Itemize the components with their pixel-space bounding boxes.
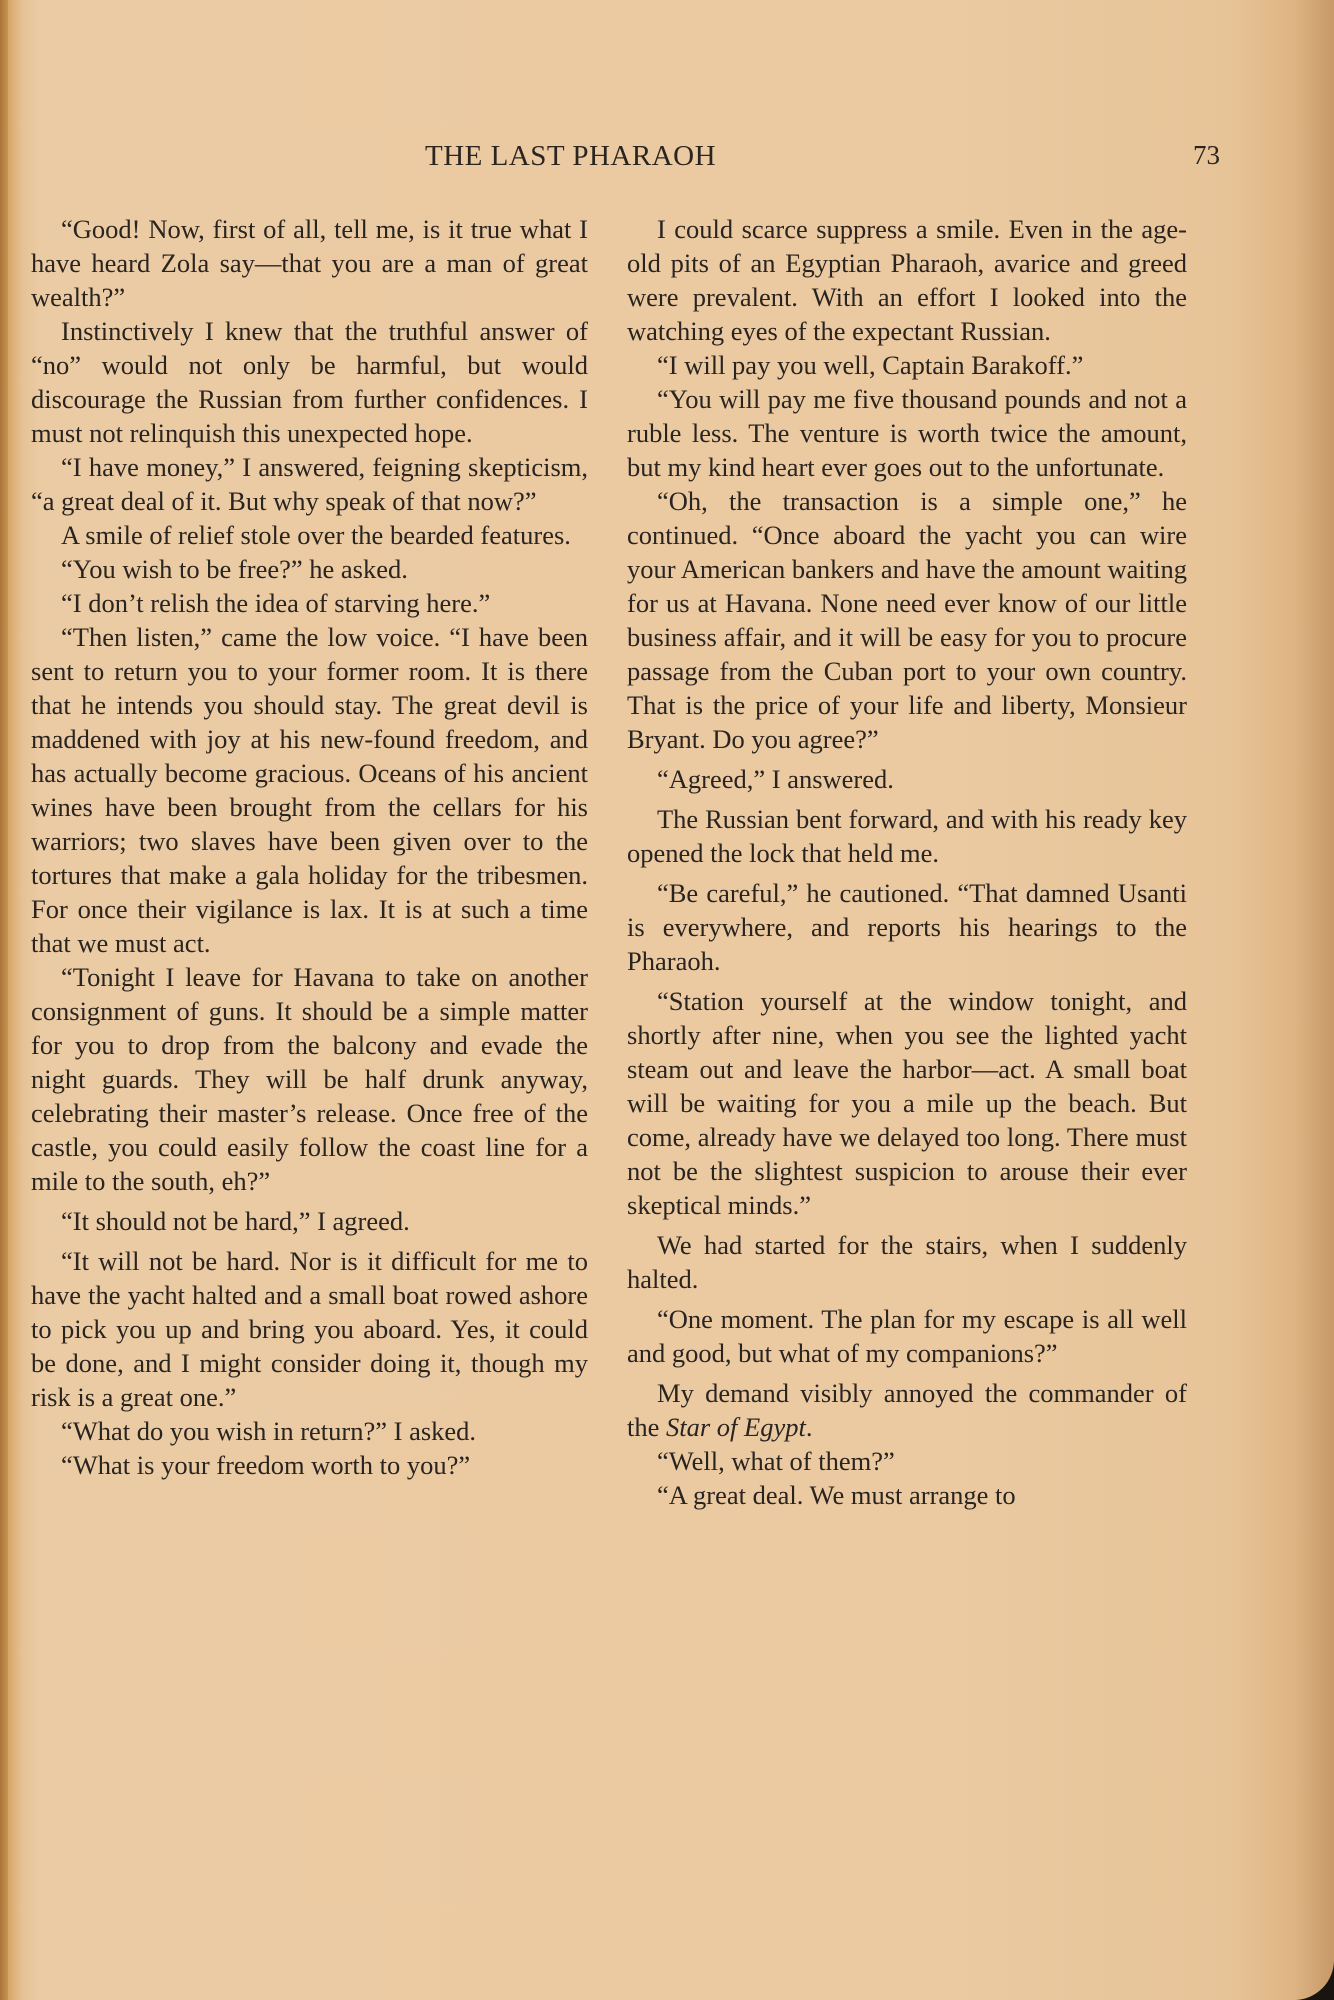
paragraph: “Oh, the transaction is a simple one,” h… [627,484,1187,756]
paragraph: “What do you wish in return?” I asked. [31,1414,588,1448]
paragraph: “Agreed,” I answered. [627,762,1187,796]
paragraph: “It will not be hard. Nor is it difficul… [31,1244,588,1414]
paragraph: “One moment. The plan for my escape is a… [627,1302,1187,1370]
paragraph-annoyed: My demand visibly annoyed the commander … [627,1376,1187,1444]
paragraph: The Russian bent forward, and with his r… [627,802,1187,870]
paragraph: “Well, what of them?” [627,1444,1187,1478]
paragraph: I could scarce suppress a smile. Even in… [627,212,1187,348]
paragraph: “Tonight I leave for Havana to take on a… [31,960,588,1198]
paragraph: A smile of relief stole over the bearded… [31,518,588,552]
paragraph: “What is your freedom worth to you?” [31,1448,588,1482]
paragraph: “Good! Now, first of all, tell me, is it… [31,212,588,314]
paragraph: “I have money,” I answered, feigning ske… [31,450,588,518]
text-span: . [806,1412,813,1442]
paragraph: “It should not be hard,” I agreed. [31,1204,588,1238]
paragraph: “Be careful,” he cautioned. “That damned… [627,876,1187,978]
paragraph: “You wish to be free?” he asked. [31,552,588,586]
paragraph: Instinctively I knew that the truthful a… [31,314,588,450]
right-column: I could scarce suppress a smile. Even in… [627,212,1187,1512]
page-number: 73 [1193,140,1220,171]
paragraph: “I don’t relish the idea of starving her… [31,586,588,620]
paragraph: “You will pay me five thousand pounds an… [627,382,1187,484]
book-page: THE LAST PHARAOH 73 “Good! Now, first of… [0,0,1334,2000]
running-head: THE LAST PHARAOH 73 [0,140,1334,180]
paragraph: “A great deal. We must arrange to [627,1478,1187,1512]
ship-name: Star of Egypt [666,1412,806,1442]
paragraph: “I will pay you well, Captain Barakoff.” [627,348,1187,382]
running-title: THE LAST PHARAOH [425,140,716,173]
paragraph: We had started for the stairs, when I su… [627,1228,1187,1296]
paragraph: “Station yourself at the window tonight,… [627,984,1187,1222]
left-column: “Good! Now, first of all, tell me, is it… [31,212,588,1482]
paragraph: “Then listen,” came the low voice. “I ha… [31,620,588,960]
